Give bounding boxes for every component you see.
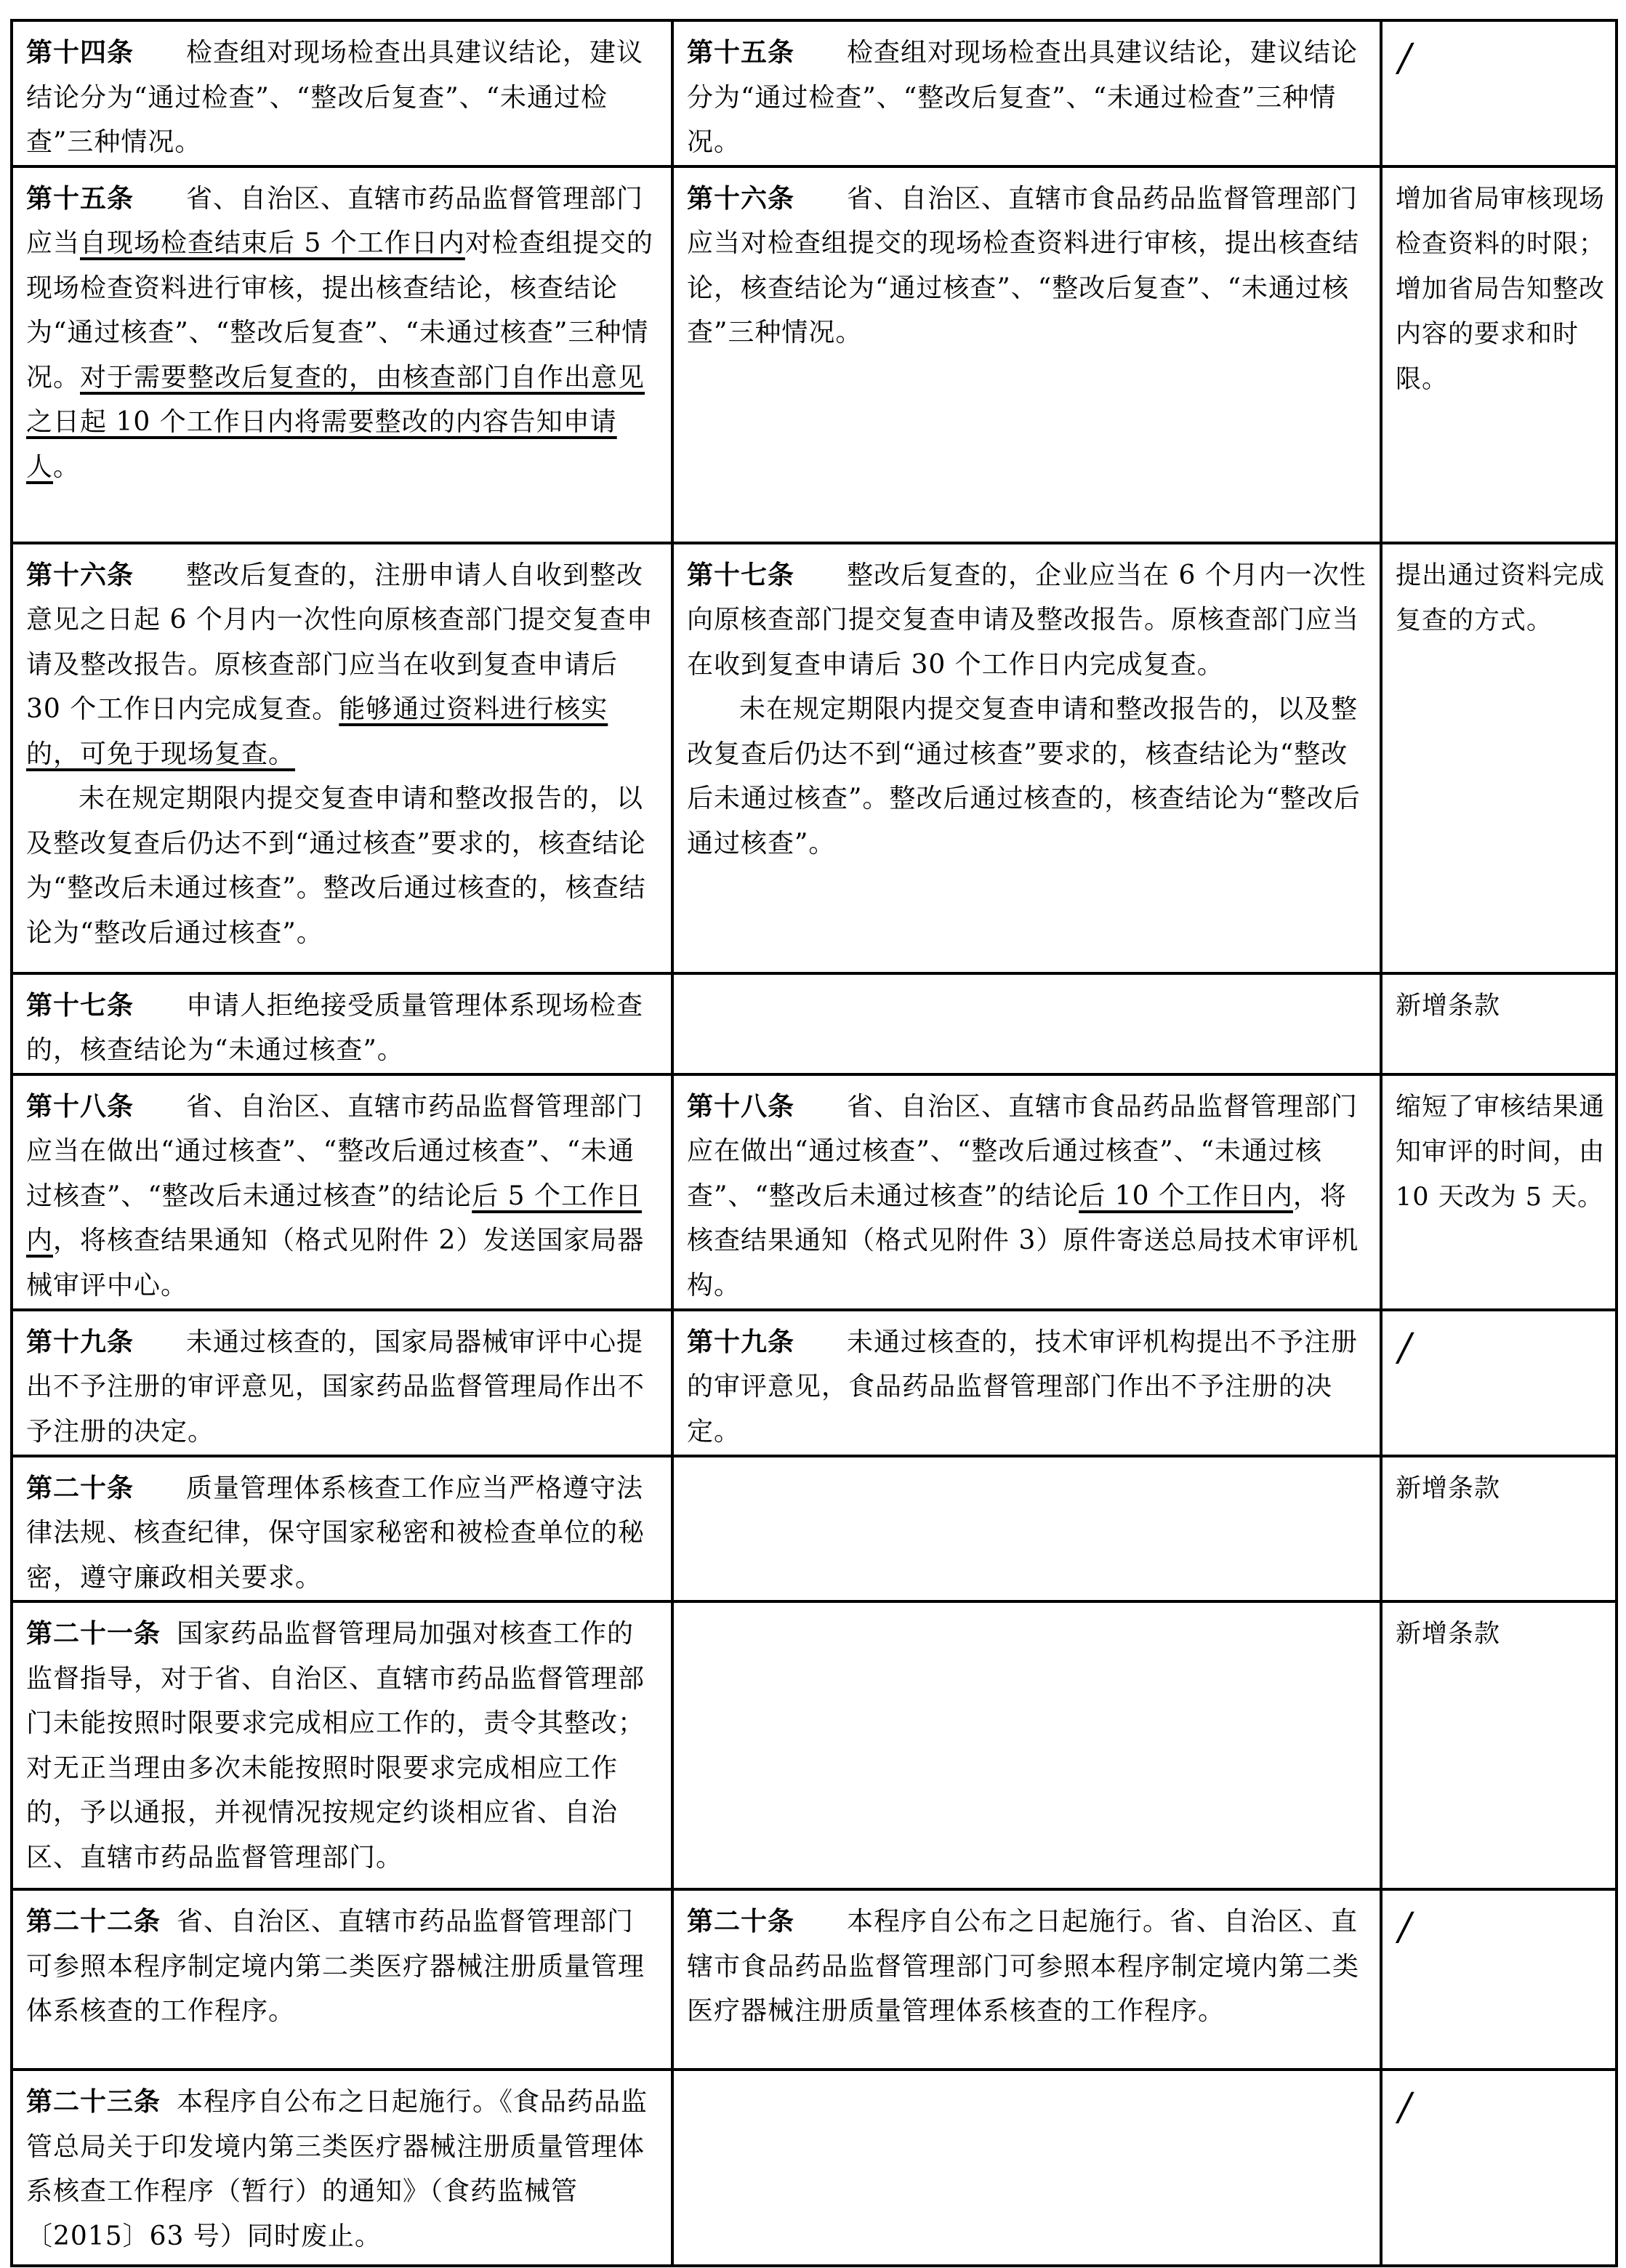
article-paragraph: 第二十三条本程序自公布之日起施行。《食品药品监管总局关于印发境内第三类医疗器械注… — [26, 2080, 661, 2259]
article-paragraph: 第十八条省、自治区、直辖市药品监督管理部门应当在做出“通过核查”、“整改后通过核… — [26, 1085, 661, 1308]
remark-cell: / — [1381, 1889, 1617, 2070]
remark-text: 增加省局告知整改内容的要求和时限。 — [1396, 267, 1605, 402]
old-text-cell: 第十六条省、自治区、直辖市食品药品监督管理部门应当对检查组提交的现场检查资料进行… — [672, 166, 1381, 543]
remark-cell: 新增条款 — [1381, 1456, 1617, 1602]
old-text-cell: 第二十条本程序自公布之日起施行。省、自治区、直辖市食品药品监督管理部门可参照本程… — [672, 1889, 1381, 2070]
table-row: 第十八条省、自治区、直辖市药品监督管理部门应当在做出“通过核查”、“整改后通过核… — [12, 1074, 1617, 1310]
remark-cell: / — [1381, 20, 1617, 166]
article-number: 第十五条 — [26, 183, 134, 214]
new-text-cell: 第十四条检查组对现场检查出具建议结论，建议结论分为“通过检查”、“整改后复查”、… — [12, 20, 672, 166]
article-number: 第二十条 — [26, 1473, 134, 1503]
remark-cell: / — [1381, 2070, 1617, 2266]
table-row: 第二十三条本程序自公布之日起施行。《食品药品监管总局关于印发境内第三类医疗器械注… — [12, 2070, 1617, 2266]
new-text-cell: 第十七条申请人拒绝接受质量管理体系现场检查的，核查结论为“未通过核查”。 — [12, 973, 672, 1074]
article-number: 第十六条 — [687, 183, 794, 214]
remark-text: 新增条款 — [1396, 984, 1605, 1029]
article-number: 第二十三条 — [26, 2086, 161, 2117]
article-number: 第十七条 — [26, 990, 134, 1021]
article-text: 国家药品监督管理局加强对核查工作的监督指导，对于省、自治区、直辖市药品监督管理部… — [26, 1619, 645, 1873]
article-number: 第十八条 — [687, 1091, 794, 1122]
old-text-cell: 第十五条检查组对现场检查出具建议结论，建议结论分为“通过检查”、“整改后复查”、… — [672, 20, 1381, 166]
old-text-cell — [672, 973, 1381, 1074]
underlined-change-text: 自现场检查结束后 5 个工作日内 — [80, 228, 465, 258]
old-text-cell — [672, 1601, 1381, 1889]
article-paragraph: 第十九条未通过核查的，国家局器械审评中心提出不予注册的审评意见，国家药品监督管理… — [26, 1320, 661, 1455]
old-text-cell: 第十九条未通过核查的，技术审评机构提出不予注册的审评意见，食品药品监督管理部门作… — [672, 1310, 1381, 1456]
remark-cell: 缩短了审核结果通知审评的时间，由 10 天改为 5 天。 — [1381, 1074, 1617, 1310]
table-row: 第二十条质量管理体系核查工作应当严格遵守法律法规、核查纪律，保守国家秘密和被检查… — [12, 1456, 1617, 1602]
article-paragraph: 第十五条省、自治区、直辖市药品监督管理部门应当自现场检查结束后 5 个工作日内对… — [26, 177, 661, 490]
no-change-slash-icon: / — [1398, 2086, 1412, 2131]
old-text-cell — [672, 2070, 1381, 2266]
table-row: 第十六条整改后复查的，注册申请人自收到整改意见之日起 6 个月内一次性向原核查部… — [12, 543, 1617, 973]
article-number: 第二十一条 — [26, 1618, 161, 1649]
article-paragraph: 第二十二条省、自治区、直辖市药品监督管理部门可参照本程序制定境内第二类医疗器械注… — [26, 1899, 661, 2034]
new-text-cell: 第二十二条省、自治区、直辖市药品监督管理部门可参照本程序制定境内第二类医疗器械注… — [12, 1889, 672, 2070]
article-number: 第十九条 — [687, 1327, 794, 1357]
new-text-cell: 第二十条质量管理体系核查工作应当严格遵守法律法规、核查纪律，保守国家秘密和被检查… — [12, 1456, 672, 1602]
article-paragraph: 第十六条省、自治区、直辖市食品药品监督管理部门应当对检查组提交的现场检查资料进行… — [687, 177, 1369, 355]
remark-cell: 增加省局审核现场检查资料的时限；增加省局告知整改内容的要求和时限。 — [1381, 166, 1617, 543]
comparison-table: 第十四条检查组对现场检查出具建议结论，建议结论分为“通过检查”、“整改后复查”、… — [10, 19, 1618, 2267]
remark-text: 新增条款 — [1396, 1612, 1605, 1657]
article-paragraph: 第十七条申请人拒绝接受质量管理体系现场检查的，核查结论为“未通过核查”。 — [26, 984, 661, 1073]
underlined-change-text: 对于需要整改后复查的，由核查部门自作出意见之日起 10 个工作日内将需要整改的内… — [26, 363, 645, 482]
new-text-cell: 第十六条整改后复查的，注册申请人自收到整改意见之日起 6 个月内一次性向原核查部… — [12, 543, 672, 973]
new-text-cell: 第十五条省、自治区、直辖市药品监督管理部门应当自现场检查结束后 5 个工作日内对… — [12, 166, 672, 543]
article-paragraph: 第十四条检查组对现场检查出具建议结论，建议结论分为“通过检查”、“整改后复查”、… — [26, 31, 661, 165]
table-row: 第十五条省、自治区、直辖市药品监督管理部门应当自现场检查结束后 5 个工作日内对… — [12, 166, 1617, 543]
new-text-cell: 第十八条省、自治区、直辖市药品监督管理部门应当在做出“通过核查”、“整改后通过核… — [12, 1074, 672, 1310]
article-number: 第十五条 — [687, 37, 794, 68]
table-row: 第二十一条国家药品监督管理局加强对核查工作的监督指导，对于省、自治区、直辖市药品… — [12, 1601, 1617, 1889]
remark-cell: / — [1381, 1310, 1617, 1456]
remark-text: 提出通过资料完成复查的方式。 — [1396, 553, 1605, 643]
comparison-table-body: 第十四条检查组对现场检查出具建议结论，建议结论分为“通过检查”、“整改后复查”、… — [12, 20, 1617, 2266]
article-paragraph: 第十五条检查组对现场检查出具建议结论，建议结论分为“通过检查”、“整改后复查”、… — [687, 31, 1369, 165]
article-number: 第十七条 — [687, 560, 794, 590]
article-number: 第二十二条 — [26, 1906, 161, 1937]
old-text-cell — [672, 1456, 1381, 1602]
article-paragraph: 第十八条省、自治区、直辖市食品药品监督管理部门应在做出“通过核查”、“整改后通过… — [687, 1085, 1369, 1308]
article-paragraph: 第十九条未通过核查的，技术审评机构提出不予注册的审评意见，食品药品监督管理部门作… — [687, 1320, 1369, 1455]
underlined-change-text: 后 10 个工作日内 — [1079, 1181, 1293, 1211]
table-row: 第二十二条省、自治区、直辖市药品监督管理部门可参照本程序制定境内第二类医疗器械注… — [12, 1889, 1617, 2070]
new-text-cell: 第二十一条国家药品监督管理局加强对核查工作的监督指导，对于省、自治区、直辖市药品… — [12, 1601, 672, 1889]
remark-cell: 新增条款 — [1381, 1601, 1617, 1889]
no-change-slash-icon: / — [1398, 1326, 1412, 1371]
article-number: 第十四条 — [26, 37, 134, 68]
article-paragraph-2: 未在规定期限内提交复查申请和整改报告的，以及整改复查后仍达不到“通过核查”要求的… — [26, 776, 661, 955]
article-paragraph: 第二十一条国家药品监督管理局加强对核查工作的监督指导，对于省、自治区、直辖市药品… — [26, 1612, 661, 1880]
article-number: 第二十条 — [687, 1906, 794, 1937]
article-text: 。 — [53, 452, 80, 482]
article-paragraph: 第二十条本程序自公布之日起施行。省、自治区、直辖市食品药品监督管理部门可参照本程… — [687, 1899, 1369, 2034]
article-paragraph: 第二十条质量管理体系核查工作应当严格遵守法律法规、核查纪律，保守国家秘密和被检查… — [26, 1466, 661, 1601]
article-number: 第十六条 — [26, 560, 134, 590]
article-number: 第十九条 — [26, 1327, 134, 1357]
no-change-slash-icon: / — [1398, 1905, 1412, 1950]
no-change-slash-icon: / — [1398, 36, 1412, 81]
old-text-cell: 第十八条省、自治区、直辖市食品药品监督管理部门应在做出“通过核查”、“整改后通过… — [672, 1074, 1381, 1310]
new-text-cell: 第二十三条本程序自公布之日起施行。《食品药品监管总局关于印发境内第三类医疗器械注… — [12, 2070, 672, 2266]
article-paragraph: 第十六条整改后复查的，注册申请人自收到整改意见之日起 6 个月内一次性向原核查部… — [26, 553, 661, 777]
remark-cell: 新增条款 — [1381, 973, 1617, 1074]
old-text-cell: 第十七条整改后复查的，企业应当在 6 个月内一次性向原核查部门提交复查申请及整改… — [672, 543, 1381, 973]
remark-text: 新增条款 — [1396, 1466, 1605, 1511]
table-row: 第十九条未通过核查的，国家局器械审评中心提出不予注册的审评意见，国家药品监督管理… — [12, 1310, 1617, 1456]
new-text-cell: 第十九条未通过核查的，国家局器械审评中心提出不予注册的审评意见，国家药品监督管理… — [12, 1310, 672, 1456]
table-row: 第十七条申请人拒绝接受质量管理体系现场检查的，核查结论为“未通过核查”。 新增条… — [12, 973, 1617, 1074]
article-text: ，将核查结果通知（格式见附件 2）发送国家局器械审评中心。 — [26, 1226, 644, 1300]
article-number: 第十八条 — [26, 1091, 134, 1122]
remark-text: 增加省局审核现场检查资料的时限； — [1396, 177, 1605, 267]
article-paragraph-2: 未在规定期限内提交复查申请和整改报告的，以及整改复查后仍达不到“通过核查”要求的… — [687, 687, 1369, 866]
article-paragraph: 第十七条整改后复查的，企业应当在 6 个月内一次性向原核查部门提交复查申请及整改… — [687, 553, 1369, 688]
table-row: 第十四条检查组对现场检查出具建议结论，建议结论分为“通过检查”、“整改后复查”、… — [12, 20, 1617, 166]
remark-cell: 提出通过资料完成复查的方式。 — [1381, 543, 1617, 973]
remark-text: 缩短了审核结果通知审评的时间，由 10 天改为 5 天。 — [1396, 1085, 1605, 1220]
